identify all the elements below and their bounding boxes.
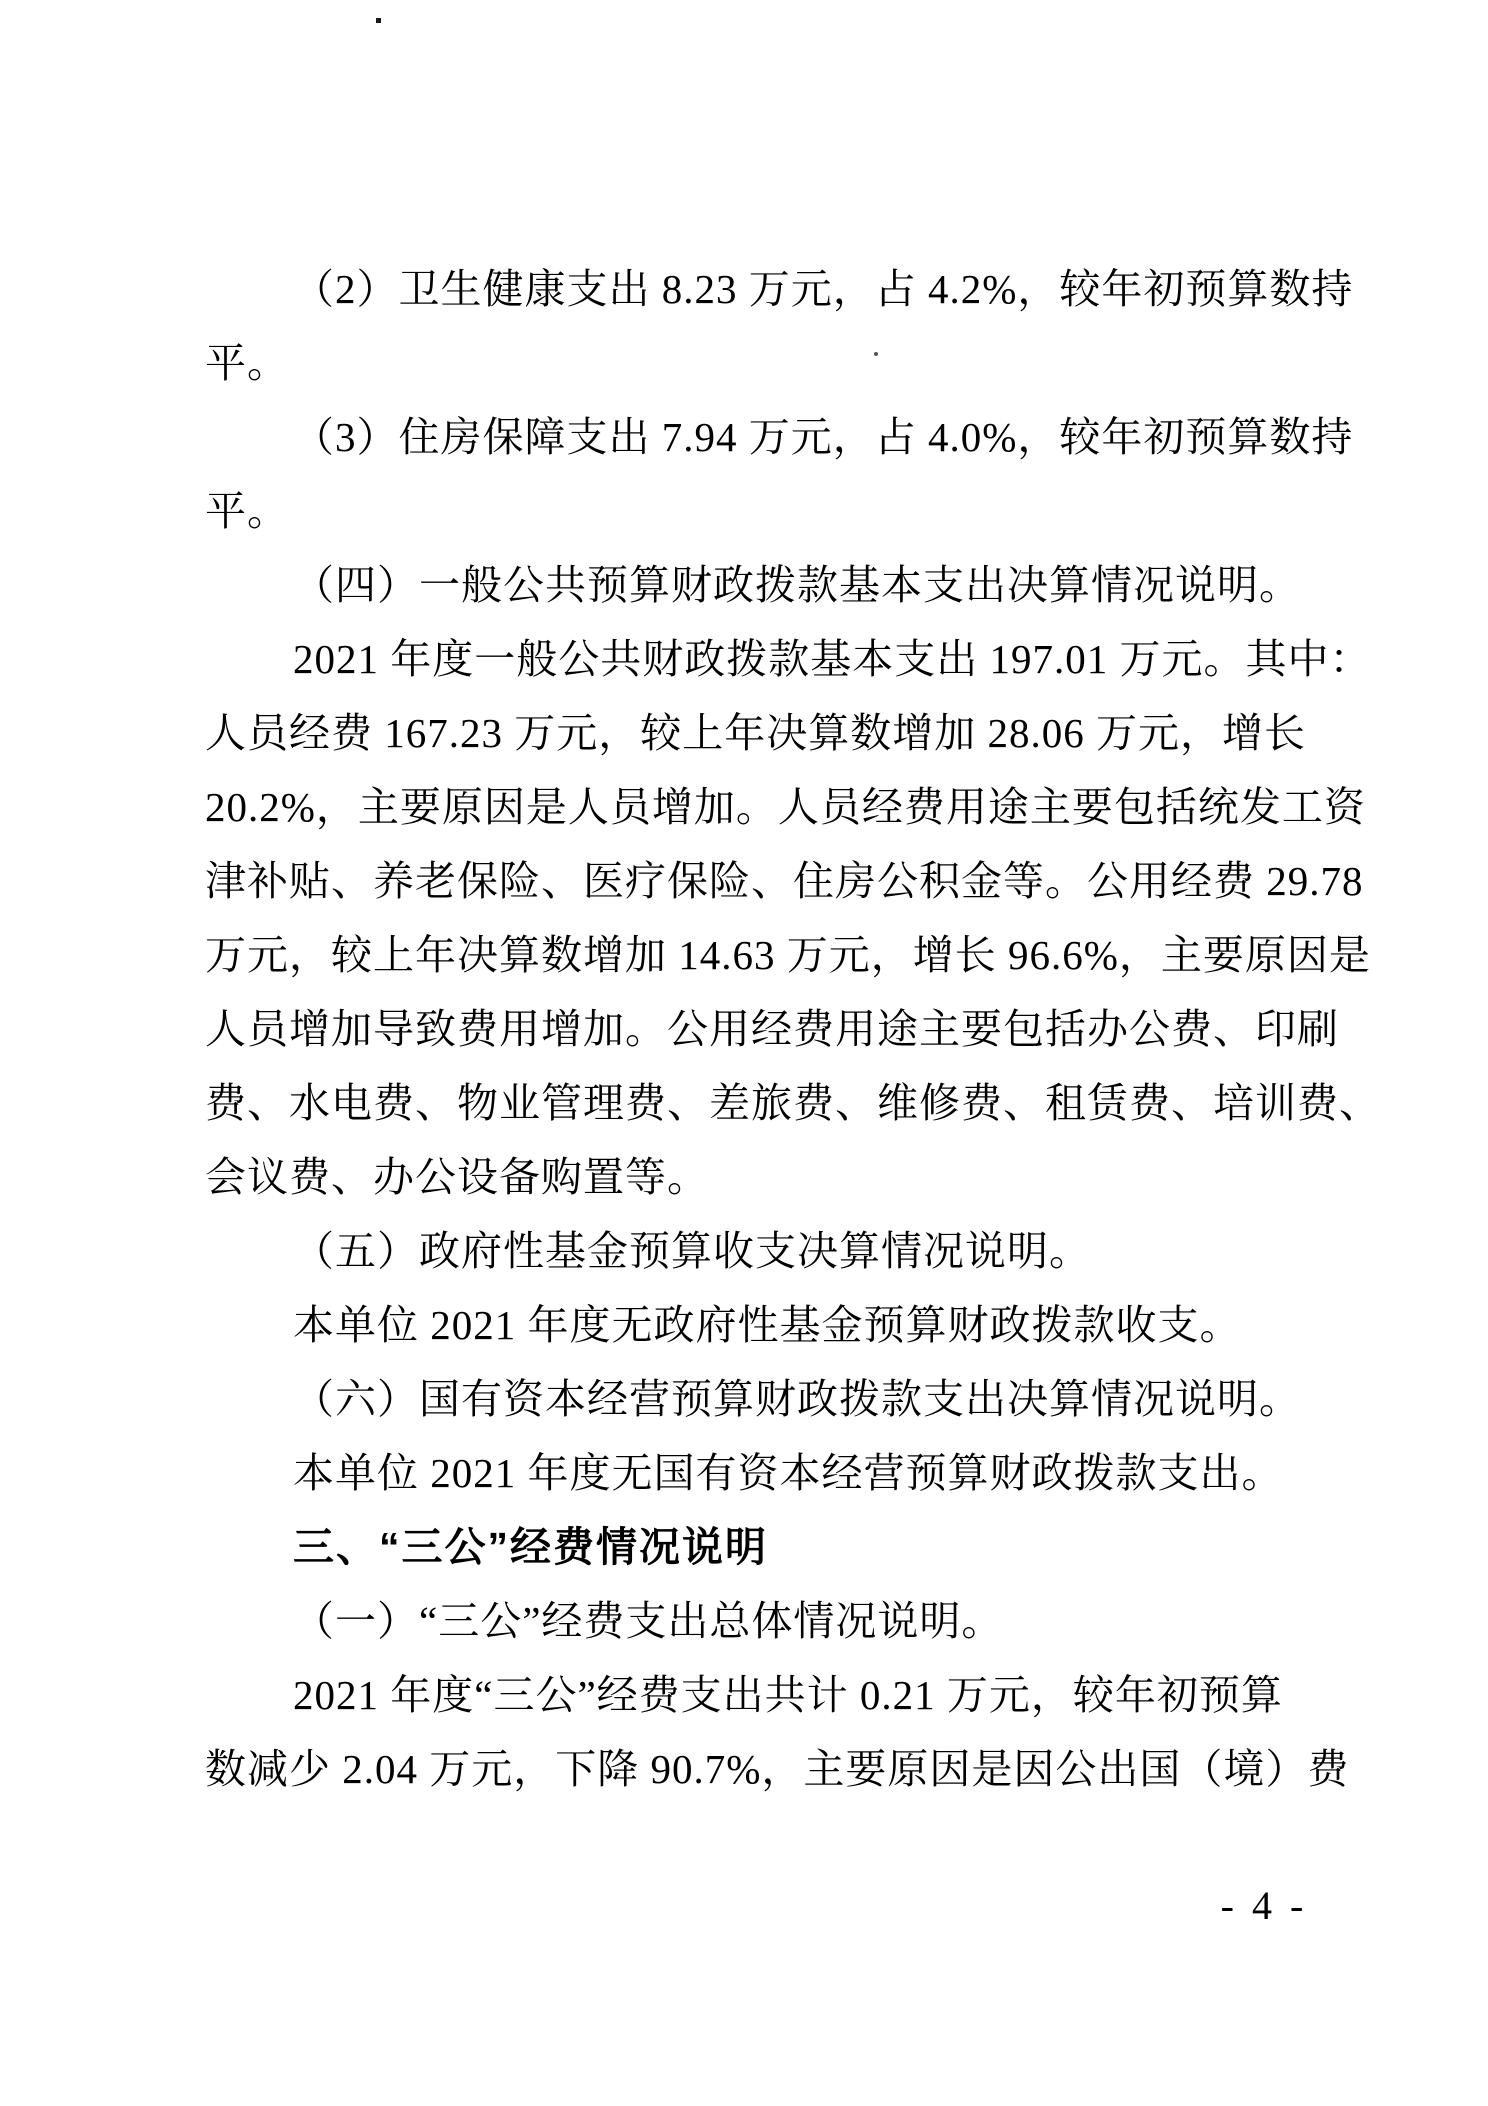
paragraph-line: 20.2%，主要原因是人员增加。人员经费用途主要包括统发工资 (205, 770, 1330, 844)
document-page: （2）卫生健康支出 8.23 万元，占 4.2%，较年初预算数持 平。 （3）住… (0, 0, 1488, 2106)
paragraph-line: 津补贴、养老保险、医疗保险、住房公积金等。公用经费 29.78 (205, 844, 1330, 918)
scan-speck (376, 18, 381, 23)
paragraph-line: 万元，较上年决算数增加 14.63 万元，增长 96.6%，主要原因是 (205, 918, 1330, 992)
paragraph-line: 本单位 2021 年度无国有资本经营预算财政拨款支出。 (205, 1436, 1330, 1510)
list-item-2-health-expenditure: （2）卫生健康支出 8.23 万元，占 4.2%，较年初预算数持 (205, 252, 1330, 326)
document-body: （2）卫生健康支出 8.23 万元，占 4.2%，较年初预算数持 平。 （3）住… (205, 252, 1330, 1806)
paragraph-line: 数减少 2.04 万元，下降 90.7%，主要原因是因公出国（境）费 (205, 1732, 1330, 1806)
subsection-1-heading: （一）“三公”经费支出总体情况说明。 (205, 1584, 1330, 1658)
paragraph-line: 人员经费 167.23 万元，较上年决算数增加 28.06 万元，增长 (205, 696, 1330, 770)
subsection-6-heading: （六）国有资本经营预算财政拨款支出决算情况说明。 (205, 1362, 1330, 1436)
subsection-5-heading: （五）政府性基金预算收支决算情况说明。 (205, 1214, 1330, 1288)
paragraph-line: 本单位 2021 年度无政府性基金预算财政拨款收支。 (205, 1288, 1330, 1362)
paragraph-continuation: 平。 (205, 326, 1330, 400)
paragraph-line: 人员增加导致费用增加。公用经费用途主要包括办公费、印刷 (205, 992, 1330, 1066)
paragraph-continuation: 平。 (205, 474, 1330, 548)
list-item-3-housing-expenditure: （3）住房保障支出 7.94 万元，占 4.0%，较年初预算数持 (205, 400, 1330, 474)
paragraph-line: 2021 年度一般公共财政拨款基本支出 197.01 万元。其中： (205, 622, 1330, 696)
subsection-4-heading: （四）一般公共预算财政拨款基本支出决算情况说明。 (205, 548, 1330, 622)
paragraph-line: 2021 年度“三公”经费支出共计 0.21 万元，较年初预算 (205, 1658, 1330, 1732)
page-number: - 4 - (1174, 1884, 1354, 1928)
section-3-heading: 三、“三公”经费情况说明 (205, 1510, 1330, 1584)
paragraph-line: 会议费、办公设备购置等。 (205, 1140, 1330, 1214)
paragraph-line: 费、水电费、物业管理费、差旅费、维修费、租赁费、培训费、 (205, 1066, 1330, 1140)
